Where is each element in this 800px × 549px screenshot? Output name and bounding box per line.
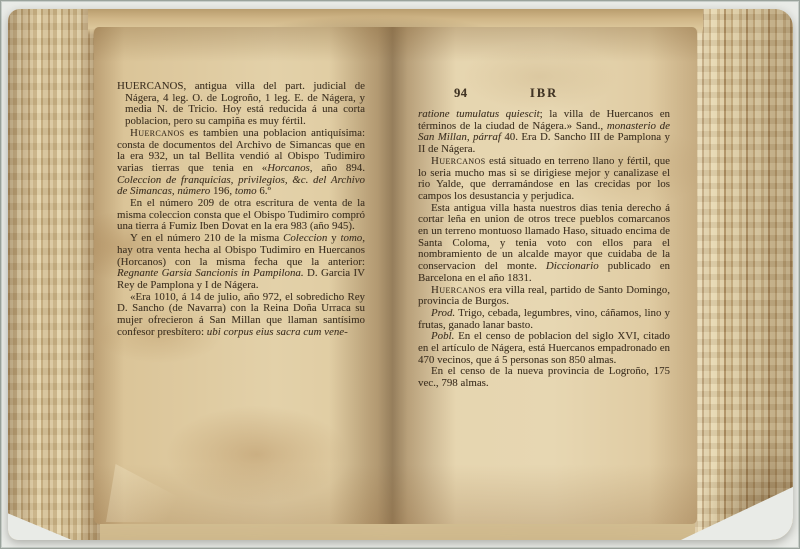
paragraph: Pobl. En el censo de poblacion del siglo… (418, 331, 670, 366)
scan-background: HUERCANOS, antigua villa del part. judic… (0, 0, 800, 549)
text-segment: Y en el número 210 de la misma (130, 232, 283, 244)
text-segment: y (327, 232, 340, 244)
text-segment: , año 894. (310, 162, 365, 174)
paragraph: HUERCANOS, antigua villa del part. judic… (117, 81, 365, 128)
paragraph: Esta antigua villa hasta nuestros dias t… (418, 203, 670, 285)
text-segment: Huercanos (431, 284, 486, 296)
running-header: IBR (530, 88, 558, 100)
text-segment: Regnante Garsia Sancionis in Pampilona. (117, 267, 304, 279)
text-segment: HUERCANOS (117, 80, 183, 92)
right-page-stack-edge (695, 9, 793, 540)
paragraph: «Era 1010, á 14 de julio, año 972, el so… (117, 292, 365, 339)
text-segment: 6.º (257, 185, 271, 197)
text-segment: En el número 209 de otra escritura de ve… (117, 197, 365, 232)
text-segment: ubi corpus eius sacra cum vene- (207, 326, 348, 338)
text-segment: ratione tumulatus quiescit (418, 108, 540, 120)
left-page-text: HUERCANOS, antigua villa del part. judic… (117, 81, 365, 338)
text-segment: Coleccion (283, 232, 327, 244)
text-segment: Diccionario (546, 260, 599, 272)
paragraph: Huercanos es tambien una poblacion antiq… (117, 128, 365, 198)
text-segment: Horcanos (267, 162, 310, 174)
text-segment: tomo (340, 232, 362, 244)
text-segment: Huercanos (431, 155, 486, 167)
book: HUERCANOS, antigua villa del part. judic… (8, 9, 793, 540)
text-segment: Pobl. (431, 330, 454, 342)
page-header: 94 IBR (418, 88, 670, 104)
text-segment: Huercanos (130, 127, 185, 139)
paragraph: Prod. Trigo, cebada, legumbres, vino, cá… (418, 308, 670, 331)
text-segment: En el censo de poblacion del siglo XVI, … (418, 330, 670, 365)
paragraph: Huercanos era villa real, partido de San… (418, 285, 670, 308)
text-segment: 196, (210, 185, 235, 197)
page-number: 94 (454, 88, 468, 100)
text-segment: Prod. (431, 307, 455, 319)
paragraph: Y en el número 210 de la misma Coleccion… (117, 233, 365, 292)
paragraph: En el censo de la nueva provincia de Log… (418, 366, 670, 389)
paragraph: ratione tumulatus quiescit; la villa de … (418, 109, 670, 156)
right-page-text: 94 IBR ratione tumulatus quiescit; la vi… (418, 88, 670, 390)
paragraph: En el número 209 de otra escritura de ve… (117, 198, 365, 233)
text-segment: En el censo de la nueva provincia de Log… (418, 365, 670, 389)
right-page-body: ratione tumulatus quiescit; la villa de … (418, 109, 670, 390)
paragraph: Huercanos está situado en terreno llano … (418, 156, 670, 203)
text-segment: Trigo, cebada, legumbres, vino, cáñamos,… (418, 307, 670, 331)
left-page-stack-edge (8, 9, 100, 540)
text-segment: tomo (235, 185, 257, 197)
